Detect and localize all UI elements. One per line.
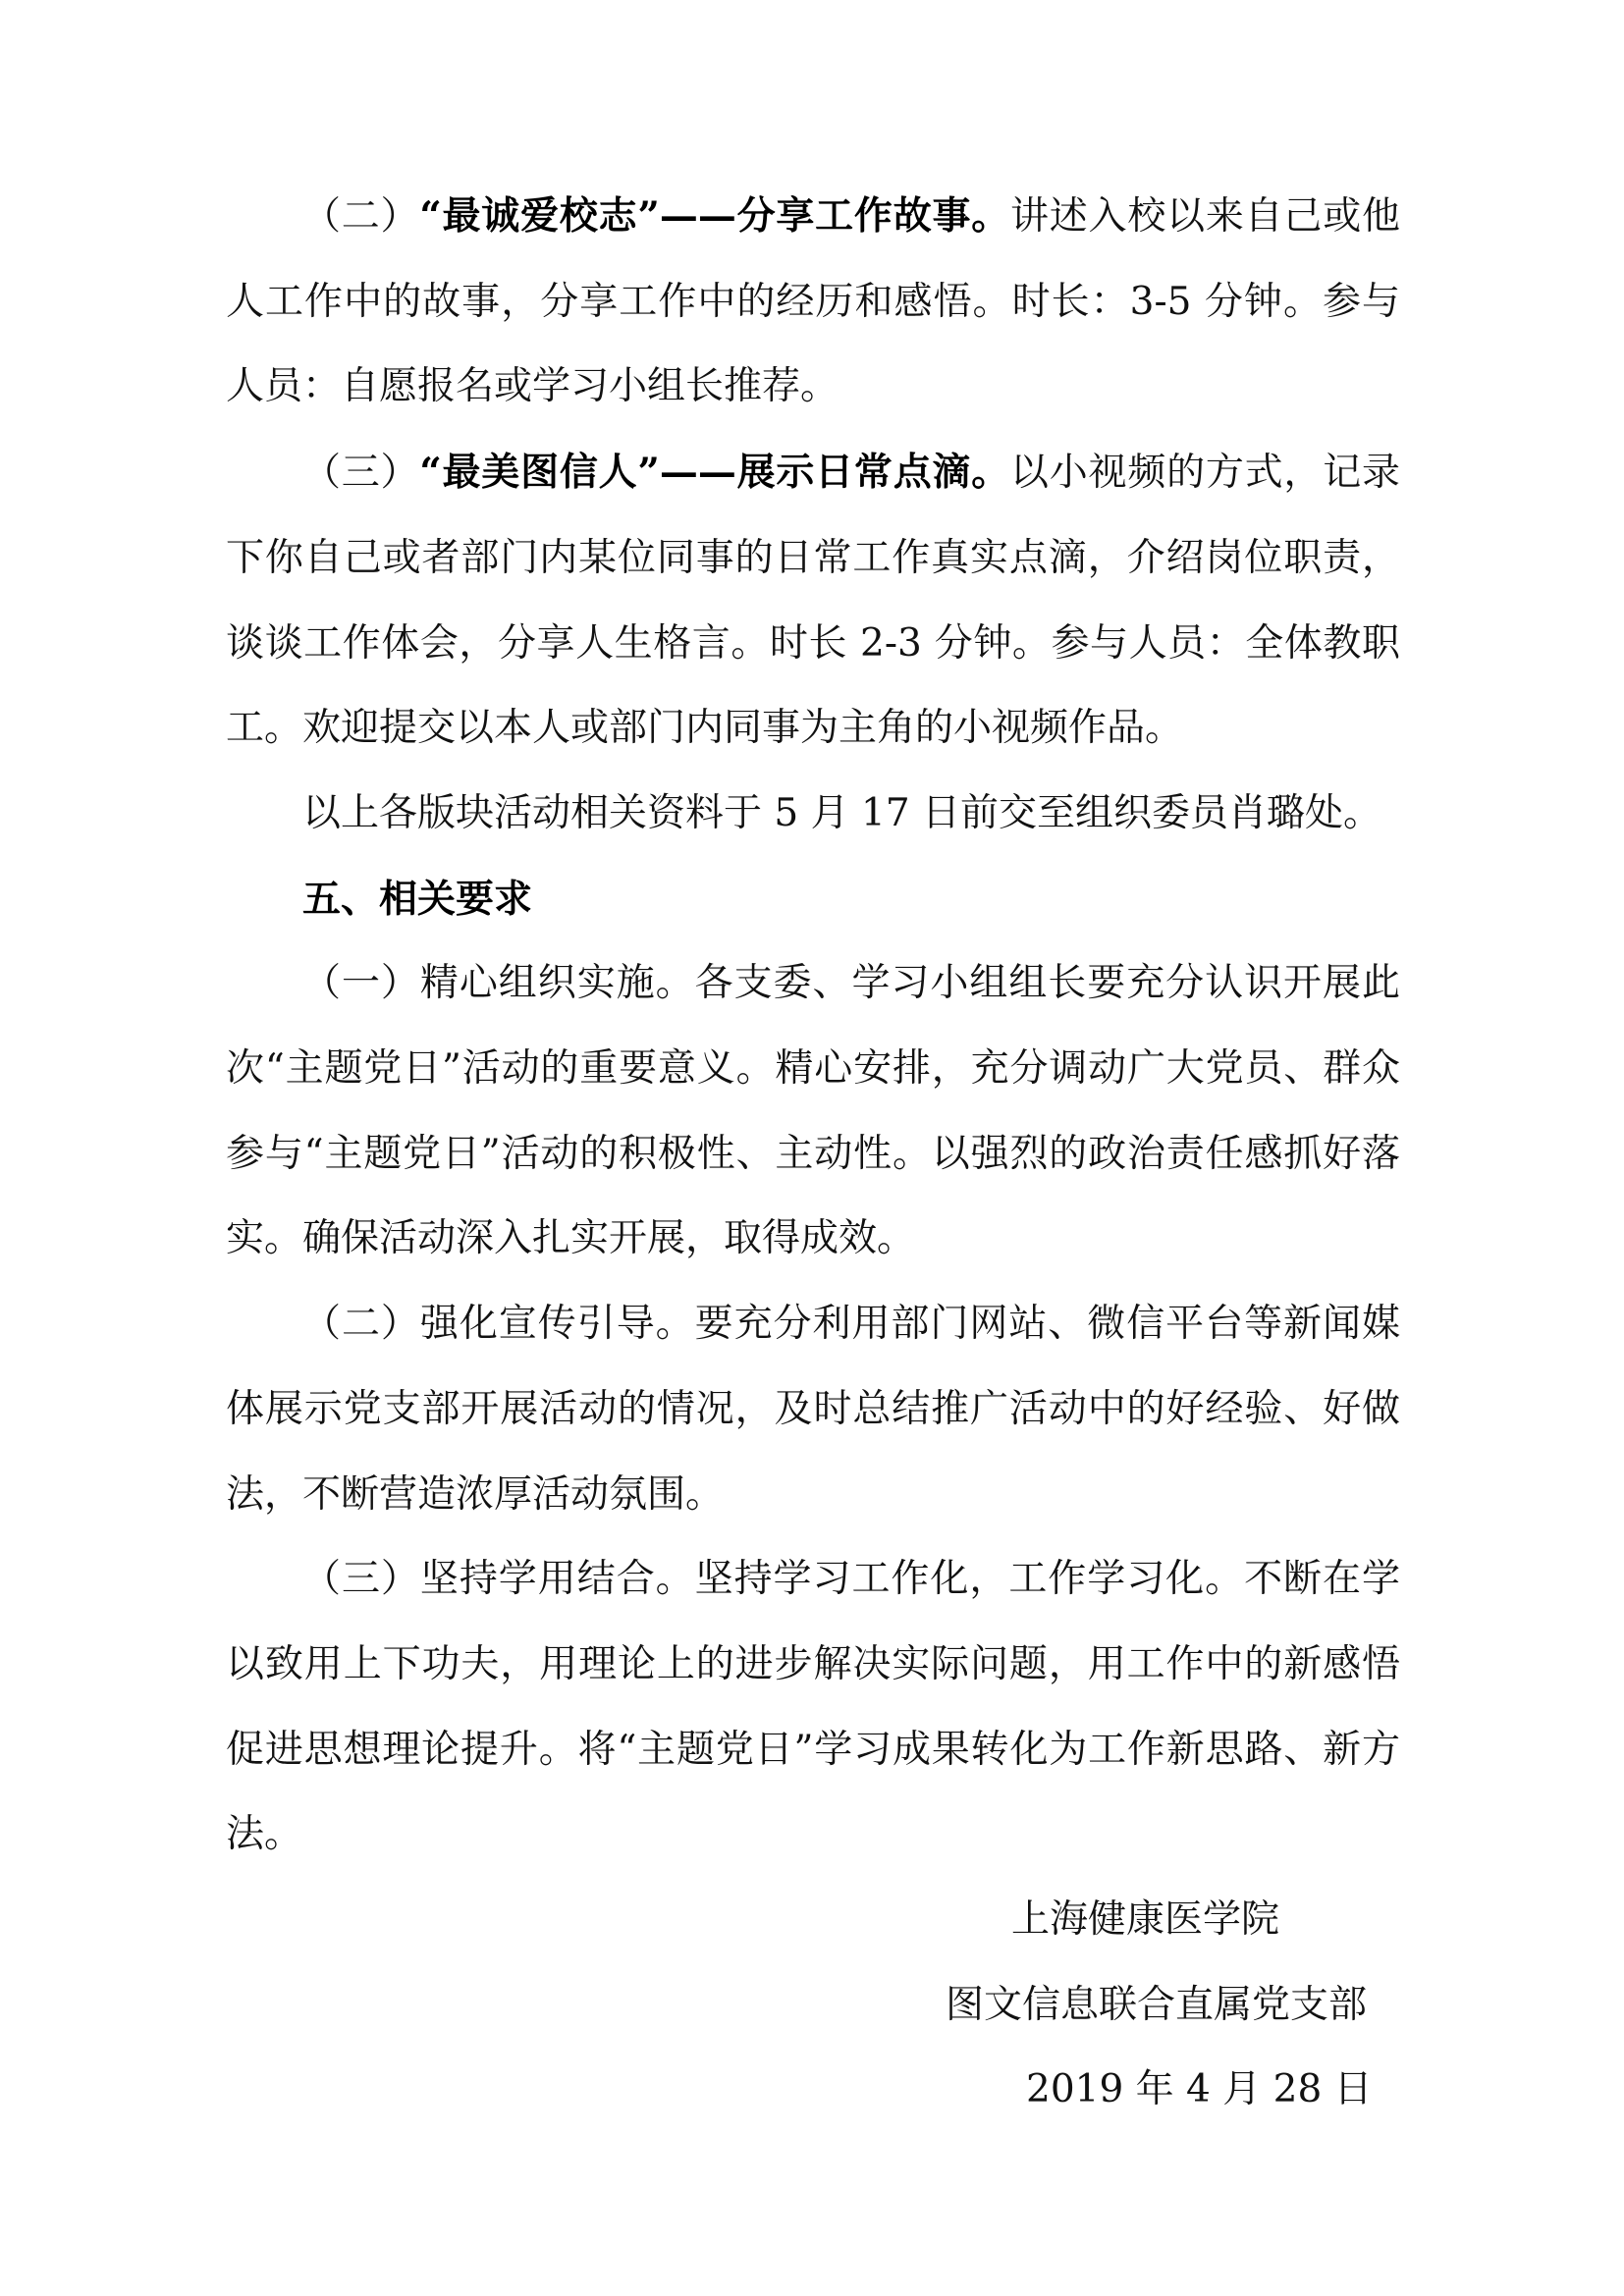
activity-item-story: （二）“最诚爱校志”——分享工作故事。讲述入校以来自己或他人工作中的故事，分享工… (226, 174, 1400, 430)
section-heading-requirements: 五、相关要求 (226, 857, 1400, 942)
item-body: 以小视频的方式，记录下你自己或者部门内某位同事的日常工作真实点滴，介绍岗位职责，… (226, 451, 1400, 750)
item-label: （三） (302, 451, 419, 495)
activity-item-video: （三）“最美图信人”——展示日常点滴。以小视频的方式，记录下你自己或者部门内某位… (226, 430, 1400, 772)
item-title: “最美图信人”——展示日常点滴。 (419, 450, 1010, 495)
requirement-item-organize: （一）精心组织实施。各支委、学习小组组长要充分认识开展此次“主题党日”活动的重要… (226, 941, 1400, 1282)
requirement-item-publicity: （二）强化宣传引导。要充分利用部门网站、微信平台等新闻媒体展示党支部开展活动的情… (226, 1282, 1400, 1537)
requirement-item-practice: （三）坚持学用结合。坚持学习工作化，工作学习化。不断在学以致用上下功夫，用理论上… (226, 1537, 1400, 1878)
item-label: （二） (302, 194, 419, 239)
submission-note: 以上各版块活动相关资料于 5 月 17 日前交至组织委员肖璐处。 (226, 772, 1400, 857)
signature-date: 2019 年 4 月 28 日 (226, 2048, 1400, 2133)
signature-branch: 图文信息联合直属党支部 (226, 1963, 1400, 2049)
signature-organization: 上海健康医学院 (226, 1878, 1400, 1963)
item-title: “最诚爱校志”——分享工作故事。 (419, 193, 1010, 239)
document-page: （二）“最诚爱校志”——分享工作故事。讲述入校以来自己或他人工作中的故事，分享工… (226, 174, 1400, 2133)
